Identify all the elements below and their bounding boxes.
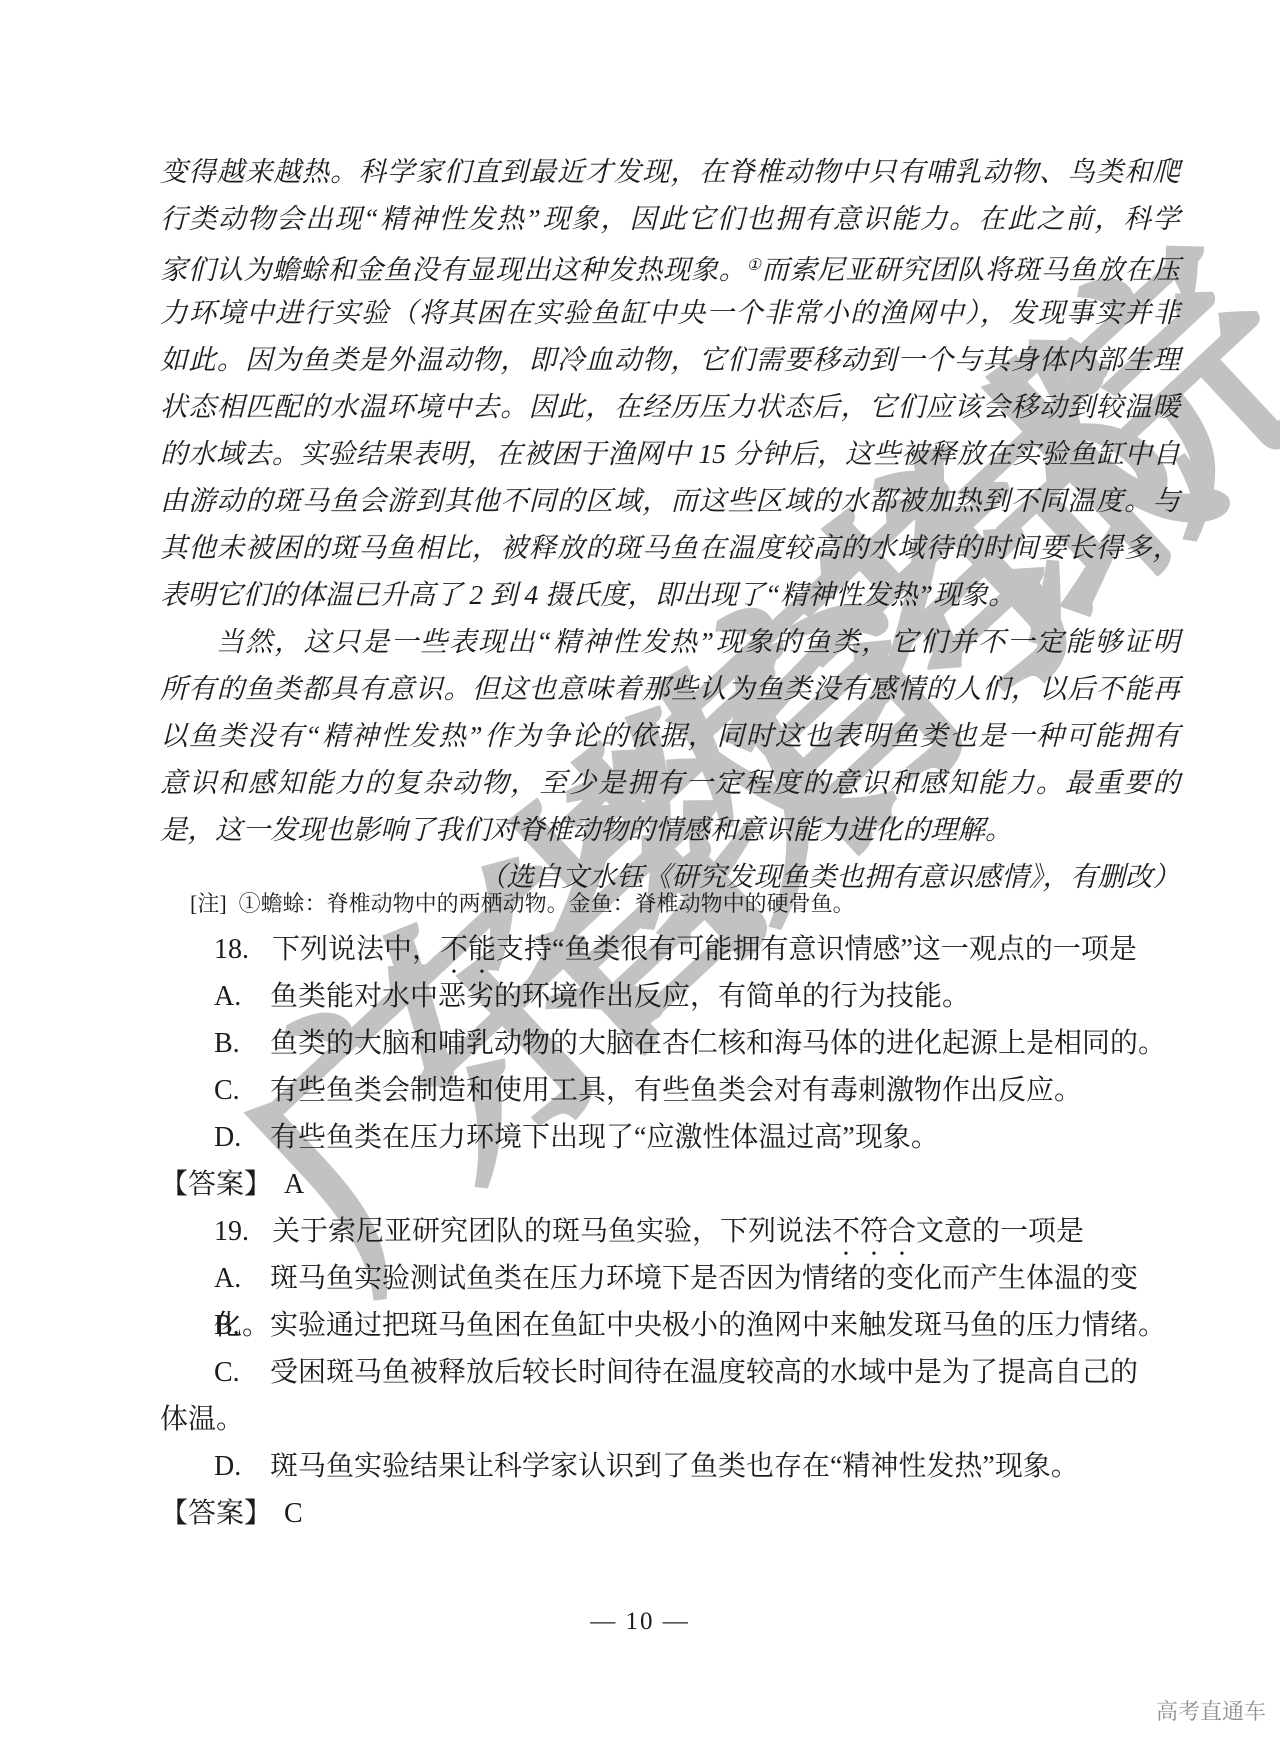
question-19-number: 19.: [214, 1208, 272, 1255]
passage-line-8: 由游动的斑马鱼会游到其他不同的区域，而这些区域的水都被加热到不同温度。与: [160, 477, 1180, 524]
question-19-emphasized-word: 不符合: [832, 1216, 916, 1247]
passage-line-2: 行类动物会出现“精神性发热”现象，因此它们也拥有意识能力。在此之前，科学: [160, 195, 1180, 242]
option-label: C.: [214, 1067, 270, 1114]
passage-line-4: 力环境中进行实验（将其困在实验鱼缸中央一个非常小的渔网中），发现事实并非: [160, 289, 1180, 336]
question-19-option-a: A.斑马鱼实验测试鱼类在压力环境下是否因为情绪的变化而产生体温的变化。: [160, 1255, 1180, 1302]
question-18-stem: 18.下列说法中，不能支持“鱼类很有可能拥有意识情感”这一观点的一项是: [160, 926, 1180, 973]
passage-line-9: 其他未被困的斑马鱼相比，被释放的斑马鱼在温度较高的水域待的时间要长得多，: [160, 524, 1180, 571]
option-label: A.: [214, 973, 270, 1020]
option-text: 实验通过把斑马鱼困在鱼缸中央极小的渔网中来触发斑马鱼的压力情绪。: [270, 1310, 1166, 1341]
question-19-option-d: D.斑马鱼实验结果让科学家认识到了鱼类也存在“精神性发热”现象。: [160, 1443, 1180, 1490]
page-content: 变得越来越热。科学家们直到最近才发现，在脊椎动物中只有哺乳动物、鸟类和爬 行类动…: [0, 0, 1280, 1753]
question-19-answer: 【答案】C: [160, 1490, 1180, 1537]
passage-line-5: 如此。因为鱼类是外温动物，即冷血动物，它们需要移动到一个与其身体内部生理: [160, 336, 1180, 383]
question-19-text: 关于索尼亚研究团队的斑马鱼实验，下列说法: [272, 1216, 832, 1247]
option-text: 有些鱼类会制造和使用工具，有些鱼类会对有毒刺激物作出反应。: [270, 1075, 1082, 1106]
question-18-emphasized-word: 不能: [440, 934, 496, 965]
passage-line-6: 状态相匹配的水温环境中去。因此，在经历压力状态后，它们应该会移动到较温暖: [160, 383, 1180, 430]
answer-value: C: [284, 1498, 303, 1529]
passage-line-11: 当然，这只是一些表现出“精神性发热”现象的鱼类，它们并不一定能够证明: [160, 618, 1180, 665]
footnote-line: [注]①蟾蜍：脊椎动物中的两栖动物。金鱼：脊椎动物中的硬骨鱼。: [190, 889, 855, 919]
question-18-option-b: B.鱼类的大脑和哺乳动物的大脑在杏仁核和海马体的进化起源上是相同的。: [160, 1020, 1180, 1067]
question-19-option-c: C.受困斑马鱼被释放后较长时间待在温度较高的水域中是为了提高自己的: [160, 1349, 1180, 1396]
option-text: 有些鱼类在压力环境下出现了“应激性体温过高”现象。: [270, 1122, 939, 1153]
footnote-bracket: [注]: [190, 891, 227, 916]
question-19-stem: 19.关于索尼亚研究团队的斑马鱼实验，下列说法不符合文意的一项是: [160, 1208, 1180, 1255]
reading-passage: 变得越来越热。科学家们直到最近才发现，在脊椎动物中只有哺乳动物、鸟类和爬 行类动…: [160, 148, 1180, 900]
exam-paper-page: 广东省教育考试院 变得越来越热。科学家们直到最近才发现，在脊椎动物中只有哺乳动物…: [0, 0, 1280, 1753]
question-18-text: 支持“鱼类很有可能拥有意识情感”这一观点的一项是: [496, 934, 1137, 965]
passage-line-1: 变得越来越热。科学家们直到最近才发现，在脊椎动物中只有哺乳动物、鸟类和爬: [160, 148, 1180, 195]
option-label: A.: [214, 1255, 270, 1302]
footnote-text: ①蟾蜍：脊椎动物中的两栖动物。金鱼：脊椎动物中的硬骨鱼。: [239, 891, 855, 916]
option-text: 鱼类的大脑和哺乳动物的大脑在杏仁核和海马体的进化起源上是相同的。: [270, 1028, 1166, 1059]
question-19-option-c-continuation: 体温。: [160, 1396, 1180, 1443]
option-label: C.: [214, 1349, 270, 1396]
option-text: 受困斑马鱼被释放后较长时间待在温度较高的水域中是为了提高自己的: [270, 1357, 1138, 1388]
question-18-option-c: C.有些鱼类会制造和使用工具，有些鱼类会对有毒刺激物作出反应。: [160, 1067, 1180, 1114]
passage-line-12: 所有的鱼类都具有意识。但这也意味着那些认为鱼类没有感情的人们，以后不能再: [160, 665, 1180, 712]
questions-block: 18.下列说法中，不能支持“鱼类很有可能拥有意识情感”这一观点的一项是 A.鱼类…: [160, 926, 1180, 1537]
passage-line-14: 意识和感知能力的复杂动物，至少是拥有一定程度的意识和感知能力。最重要的: [160, 759, 1180, 806]
passage-line-15: 是，这一发现也影响了我们对脊椎动物的情感和意识能力进化的理解。: [160, 806, 1180, 853]
passage-text: 家们认为蟾蜍和金鱼没有显现出这种发热现象。: [160, 254, 747, 285]
passage-line-7: 的水域去。实验结果表明，在被困于渔网中 15 分钟后，这些被释放在实验鱼缸中自: [160, 430, 1180, 477]
answer-value: A: [284, 1169, 304, 1200]
option-label: D.: [214, 1443, 270, 1490]
question-18-number: 18.: [214, 926, 272, 973]
answer-label: 【答案】: [160, 1169, 272, 1200]
option-label: B.: [214, 1302, 270, 1349]
option-text: 斑马鱼实验结果让科学家认识到了鱼类也存在“精神性发热”现象。: [270, 1451, 1079, 1482]
option-label: D.: [214, 1114, 270, 1161]
question-18-text: 下列说法中，: [272, 934, 440, 965]
question-18-option-a: A.鱼类能对水中恶劣的环境作出反应，有简单的行为技能。: [160, 973, 1180, 1020]
passage-text: 而索尼亚研究团队将斑马鱼放在压: [761, 254, 1180, 285]
passage-line-3: 家们认为蟾蜍和金鱼没有显现出这种发热现象。①而索尼亚研究团队将斑马鱼放在压: [160, 242, 1180, 289]
passage-line-10: 表明它们的体温已升高了 2 到 4 摄氏度，即出现了“精神性发热”现象。: [160, 571, 1180, 618]
question-19-option-b: B.实验通过把斑马鱼困在鱼缸中央极小的渔网中来触发斑马鱼的压力情绪。: [160, 1302, 1180, 1349]
footnote-superscript: ①: [747, 257, 762, 274]
passage-line-13: 以鱼类没有“精神性发热”作为争论的依据，同时这也表明鱼类也是一种可能拥有: [160, 712, 1180, 759]
question-19-text: 文意的一项是: [916, 1216, 1084, 1247]
option-text: 鱼类能对水中恶劣的环境作出反应，有简单的行为技能。: [270, 981, 970, 1012]
answer-label: 【答案】: [160, 1498, 272, 1529]
question-18-option-d: D.有些鱼类在压力环境下出现了“应激性体温过高”现象。: [160, 1114, 1180, 1161]
question-18-answer: 【答案】A: [160, 1161, 1180, 1208]
option-label: B.: [214, 1020, 270, 1067]
